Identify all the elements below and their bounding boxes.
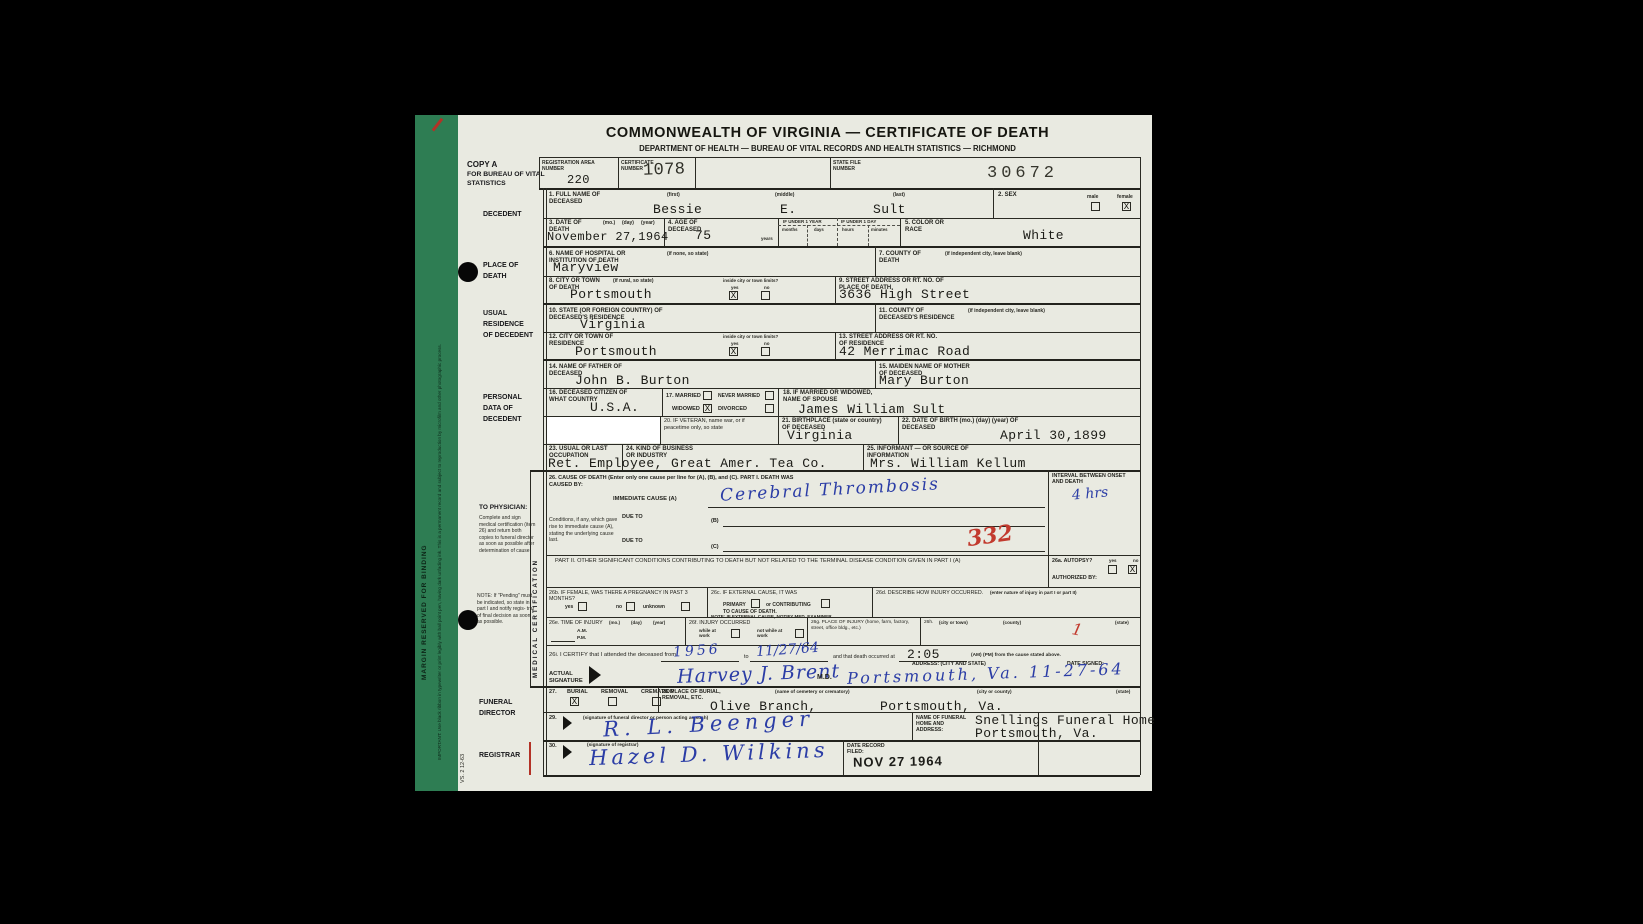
injury-day-hint: (day) xyxy=(631,620,642,625)
field-26f-label: 26f. INJURY OCCURRED xyxy=(689,620,750,626)
pregnancy-yes-label: yes xyxy=(565,604,573,610)
rule-v xyxy=(618,157,619,188)
date-of-death-value: November 27,1964 xyxy=(547,230,669,244)
punch-hole xyxy=(458,610,478,630)
limits-death-yes-label: yes xyxy=(731,285,739,290)
limits-res-label: inside city or town limits? xyxy=(723,334,778,339)
field-1-label: 1. FULL NAME OF DECEASED xyxy=(549,192,629,206)
rule-h xyxy=(543,359,1140,361)
autopsy-no-checkbox: X xyxy=(1128,565,1137,574)
field-17-label: 17. MARRIED xyxy=(666,393,701,400)
city-county-hint: (city or county) xyxy=(977,690,1012,695)
citizen-value: U.S.A. xyxy=(590,400,639,415)
rule-v xyxy=(660,416,661,444)
rule-v xyxy=(1048,470,1049,587)
informant-value: Mrs. William Kellum xyxy=(870,456,1026,471)
sex-male-label: male xyxy=(1087,194,1098,200)
field-26e-label: 26e. TIME OF INJURY xyxy=(549,620,603,626)
field-26g-label: 26g. PLACE OF INJURY (home, farm, factor… xyxy=(811,620,911,632)
removal-checkbox xyxy=(608,697,617,706)
mother-name-value: Mary Burton xyxy=(879,373,969,388)
physician-address-handwriting: Portsmouth, Va. 11-27-64 xyxy=(847,659,1125,688)
field-11-label: 11. COUNTY OF DECEASED'S RESIDENCE xyxy=(879,308,964,322)
rule-v xyxy=(868,225,869,246)
rule-h xyxy=(543,332,1140,333)
under-1-year-label: IF UNDER 1 YEAR xyxy=(783,219,822,224)
section-place-of-death: PLACE OF DEATH xyxy=(483,261,529,283)
not-while-at-work-label: not while at work xyxy=(757,628,787,638)
signature-arrow-icon xyxy=(589,666,601,684)
married-checkbox xyxy=(703,391,712,400)
part-2-label: PART II. OTHER SIGNIFICANT CONDITIONS CO… xyxy=(555,558,1025,565)
field-30-label: 30. xyxy=(549,743,557,750)
section-medical-certification: MEDICAL CERTIFICATION xyxy=(532,488,539,678)
field-2-label: 2. SEX xyxy=(998,192,1017,199)
rule-v xyxy=(778,416,779,444)
section-registrar: REGISTRAR xyxy=(479,751,520,762)
md-label: M.D. xyxy=(817,674,832,682)
rule-h xyxy=(539,157,1140,158)
rule-v xyxy=(835,332,836,359)
rule-v xyxy=(830,157,831,188)
section-funeral-director: FUNERAL DIRECTOR xyxy=(479,698,527,720)
limits-res-no-checkbox xyxy=(761,347,770,356)
examiner-note: NOTE: IF EXTERNAL CAUSE, NOTIFY MED. EXA… xyxy=(711,614,832,619)
rule-h xyxy=(723,551,1045,552)
hospital-value: Maryview xyxy=(553,260,619,275)
rule-v xyxy=(843,740,844,775)
interval-handwriting: 4 hrs xyxy=(1071,484,1109,503)
rule-h xyxy=(551,641,575,642)
rule-h xyxy=(546,555,1140,556)
limits-death-no-label: no xyxy=(764,285,770,290)
burial-city-value: Portsmouth, Va. xyxy=(880,699,1003,714)
rule-h xyxy=(661,661,739,662)
age-value: 75 xyxy=(695,228,711,243)
months-label: months xyxy=(782,227,798,232)
pregnancy-no-checkbox xyxy=(626,602,635,611)
residence-street-value: 42 Merrimac Road xyxy=(839,344,970,359)
field-26d-label: 26d. DESCRIBE HOW INJURY OCCURRED. xyxy=(876,590,983,596)
field-6-hint: (if none, so state) xyxy=(667,251,708,257)
red-mark-1: 1 xyxy=(1070,619,1084,640)
section-to-physician: TO PHYSICIAN: xyxy=(479,503,527,513)
last-name-value: Sult xyxy=(873,202,906,217)
father-name-value: John B. Burton xyxy=(575,373,690,388)
pregnancy-yes-checkbox xyxy=(578,602,587,611)
date-filed-stamp: NOV 27 1964 xyxy=(853,753,943,770)
sex-female-checkbox: X xyxy=(1122,202,1131,211)
rule-v xyxy=(993,188,994,218)
spouse-value: James William Sult xyxy=(798,402,946,417)
hint-year: (year) xyxy=(641,220,655,226)
screenshot-root: { "header": { "copy_a": "COPY A", "for_b… xyxy=(0,0,1643,924)
county-hint: (county) xyxy=(1003,620,1021,625)
rule-h xyxy=(543,775,1140,777)
limits-death-label: inside city or town limits? xyxy=(723,278,778,283)
physician-signature-handwriting: Harvey J. Brent xyxy=(677,660,841,688)
cemetery-hint: (name of cemetery or crematory) xyxy=(775,690,850,695)
city-or-town-hint: (city or town) xyxy=(939,620,968,625)
rule-v xyxy=(872,587,873,617)
hint-day: (day) xyxy=(622,220,634,226)
field-20-label: 20. IF VETERAN, name war, or if peacetim… xyxy=(664,418,764,431)
rule-h xyxy=(543,276,1140,277)
pending-note: NOTE: If "Pending" must be indicated, so… xyxy=(477,593,535,626)
rule-h xyxy=(546,645,1140,646)
rule-h xyxy=(708,507,1045,508)
limits-res-no-label: no xyxy=(764,341,770,346)
due-to-c-label: DUE TO xyxy=(622,538,643,545)
residence-city-value: Portsmouth xyxy=(575,344,657,359)
certify-tail: (AM) (PM) from the cause stated above. xyxy=(971,653,1061,658)
rule-v xyxy=(1140,157,1141,188)
rule-v xyxy=(837,218,838,246)
copy-a-label: COPY A xyxy=(467,159,497,171)
to-physician-note: Complete and sign medical certification … xyxy=(479,515,537,554)
red-margin-line xyxy=(529,742,531,775)
due-to-b-label: DUE TO xyxy=(622,514,643,521)
state-hint: (state) xyxy=(1115,620,1129,625)
divorced-label: DIVORCED xyxy=(718,406,747,413)
c-label: (C) xyxy=(711,544,719,551)
divorced-checkbox xyxy=(765,404,774,413)
rule-h xyxy=(546,617,1140,618)
rule-v xyxy=(662,388,663,416)
rule-h xyxy=(543,303,1140,305)
rule-h xyxy=(543,444,1140,445)
punch-hole xyxy=(458,262,478,282)
race-value: White xyxy=(1023,228,1064,243)
registration-area-value: 220 xyxy=(567,173,590,187)
hint-first: (first) xyxy=(667,192,680,198)
days-label: days xyxy=(814,227,824,232)
rule-v xyxy=(835,276,836,303)
rule-v xyxy=(539,157,540,188)
first-name-value: Bessie xyxy=(653,202,702,217)
state-file-label: STATE FILE NUMBER xyxy=(833,160,873,172)
rule-v xyxy=(863,444,864,470)
certify-label: 26i. I CERTIFY that I attended the decea… xyxy=(549,652,676,659)
primary-label: PRIMARY xyxy=(723,602,746,608)
immediate-cause-label: IMMEDIATE CAUSE (A) xyxy=(613,496,677,503)
authorized-by-label: AUTHORIZED BY: xyxy=(1052,575,1097,581)
contributing-label: or CONTRIBUTING xyxy=(766,602,811,608)
page-subtitle: DEPARTMENT OF HEALTH — BUREAU OF VITAL R… xyxy=(515,144,1140,153)
burial-checkbox: X xyxy=(570,697,579,706)
rule-v xyxy=(807,225,808,246)
limits-res-yes-checkbox: X xyxy=(729,347,738,356)
hint-last: (last) xyxy=(893,192,905,198)
autopsy-no-label: no xyxy=(1133,558,1139,563)
field-26a-label: 26a. AUTOPSY? xyxy=(1052,558,1092,564)
time-of-death-value: 2:05 xyxy=(907,647,940,662)
field-7-hint: (if independent city, leave blank) xyxy=(945,251,1022,257)
hint-mo: (mo.) xyxy=(603,220,615,226)
hint-middle: (middle) xyxy=(775,192,794,198)
rule-v xyxy=(1140,188,1141,775)
pm-label: P.M. xyxy=(577,636,586,641)
limits-death-yes-checkbox: X xyxy=(729,291,738,300)
rule-v xyxy=(778,388,779,416)
not-while-at-work-checkbox xyxy=(795,629,804,638)
limits-death-no-checkbox xyxy=(761,291,770,300)
field-11-hint: (if independent city, leave blank) xyxy=(968,308,1045,314)
hours-label: hours xyxy=(842,227,854,232)
rule-h xyxy=(530,686,1140,688)
age-years-label: years xyxy=(761,236,773,241)
conditions-label: Conditions, if any, which gave rise to i… xyxy=(549,517,621,544)
rule-v xyxy=(900,218,901,246)
rule-v xyxy=(778,218,779,246)
page-title: COMMONWEALTH OF VIRGINIA — CERTIFICATE O… xyxy=(515,125,1140,141)
redaction-box xyxy=(547,417,660,443)
funeral-home-city-value: Portsmouth, Va. xyxy=(975,726,1098,741)
middle-name-value: E. xyxy=(780,202,796,217)
certify-to-label: to xyxy=(744,654,749,661)
sex-male-checkbox xyxy=(1091,202,1100,211)
autopsy-yes-checkbox xyxy=(1108,565,1117,574)
interval-label: INTERVAL BETWEEN ONSET AND DEATH xyxy=(1052,473,1132,486)
funeral-home-label: NAME OF FUNERAL HOME AND ADDRESS: xyxy=(916,715,972,734)
for-bureau-label: FOR BUREAU OF VITAL STATISTICS xyxy=(467,171,545,189)
b-label: (B) xyxy=(711,518,719,525)
rule-v xyxy=(875,303,876,332)
section-personal-data: PERSONAL DATA OF DECEDENT xyxy=(483,393,533,426)
rule-h xyxy=(546,587,1140,588)
never-married-checkbox xyxy=(765,391,774,400)
injury-mo-hint: (mo.) xyxy=(609,620,620,625)
birthplace-value: Virginia xyxy=(787,428,853,443)
binding-important-text: IMPORTANT: Use black ribbon in typewrite… xyxy=(437,220,453,760)
date-of-birth-value: April 30,1899 xyxy=(1000,428,1107,443)
rule-v xyxy=(685,617,686,645)
rule-v xyxy=(912,712,913,740)
street-of-death-value: 3636 High Street xyxy=(839,287,970,302)
certificate-number-value: 1078 xyxy=(643,160,686,180)
field-26c-label: 26c. IF EXTERNAL CAUSE, IT WAS xyxy=(711,590,797,596)
pregnancy-no-label: no xyxy=(616,604,622,610)
widowed-checkbox: X xyxy=(703,404,712,413)
limits-res-yes-label: yes xyxy=(731,341,739,346)
rule-v xyxy=(530,470,531,686)
occurred-at-label: and that death occurred at xyxy=(833,654,895,660)
rule-h xyxy=(778,225,900,226)
contributing-checkbox xyxy=(821,599,830,608)
field-8-hint: (if rural, so state) xyxy=(613,278,654,284)
occupation-value: Ret. Employee, Great Amer. Tea Co. xyxy=(548,456,827,471)
removal-label: REMOVAL xyxy=(601,689,628,696)
residence-state-value: Virginia xyxy=(580,317,646,332)
am-label: A.M. xyxy=(577,629,587,634)
sex-female-label: female xyxy=(1117,194,1133,200)
field-26h-label: 26h. xyxy=(924,620,933,626)
injury-year-hint: (year) xyxy=(653,620,665,625)
minutes-label: minutes xyxy=(871,227,887,232)
form-number: VS. 2 12-63 xyxy=(460,723,466,783)
pregnancy-unknown-label: unknown xyxy=(643,604,665,610)
city-of-death-value: Portsmouth xyxy=(570,287,652,302)
funeral-signature-arrow-icon xyxy=(563,716,572,730)
while-at-work-checkbox xyxy=(731,629,740,638)
while-at-work-label: while at work xyxy=(699,628,725,638)
rule-v xyxy=(707,587,708,617)
field-5-label: 5. COLOR OR RACE xyxy=(905,220,947,234)
section-usual-residence: USUAL RESIDENCE OF DECEDENT xyxy=(483,309,535,342)
binding-reserved-text: MARGIN RESERVED FOR BINDING xyxy=(421,340,428,680)
rule-v xyxy=(695,157,696,188)
red-stamp-332: 332 xyxy=(965,520,1014,552)
attended-to-handwriting: 11/27/64 xyxy=(756,640,820,660)
state-hint-funeral: (state) xyxy=(1116,690,1130,695)
field-26b-label: 26b. IF FEMALE, WAS THERE A PREGNANCY IN… xyxy=(549,590,699,603)
widowed-label: WIDOWED xyxy=(672,406,700,413)
burial-label: BURIAL xyxy=(567,689,588,696)
cremation-checkbox xyxy=(652,697,661,706)
registrar-signature-arrow-icon xyxy=(563,745,572,759)
state-file-value: 30672 xyxy=(987,164,1058,183)
field-29-label: 29. xyxy=(549,715,557,722)
pregnancy-unknown-checkbox xyxy=(681,602,690,611)
certificate-sheet: IMPORTANT: Use black ribbon in typewrite… xyxy=(415,115,1152,791)
registration-area-label: REGISTRATION AREA NUMBER xyxy=(542,160,597,172)
section-decedent: DECEDENT xyxy=(483,210,522,221)
rule-h xyxy=(543,246,1140,248)
field-27-label: 27. xyxy=(549,689,557,696)
field-7-label: 7. COUNTY OF DEATH xyxy=(879,251,937,265)
rule-v xyxy=(875,246,876,276)
autopsy-yes-label: yes xyxy=(1109,558,1117,563)
never-married-label: NEVER MARRIED xyxy=(718,393,760,399)
actual-signature-label: ACTUAL SIGNATURE xyxy=(549,671,585,685)
rule-h xyxy=(543,388,1140,389)
rule-h xyxy=(539,188,1140,190)
rule-v xyxy=(875,359,876,388)
under-1-day-label: IF UNDER 1 DAY xyxy=(841,219,876,224)
rule-v xyxy=(898,416,899,444)
field-26d-hint: (enter nature of injury in part I or par… xyxy=(990,590,1077,595)
rule-v xyxy=(920,617,921,645)
attended-from-handwriting: 1956 xyxy=(673,641,722,660)
primary-checkbox xyxy=(751,599,760,608)
